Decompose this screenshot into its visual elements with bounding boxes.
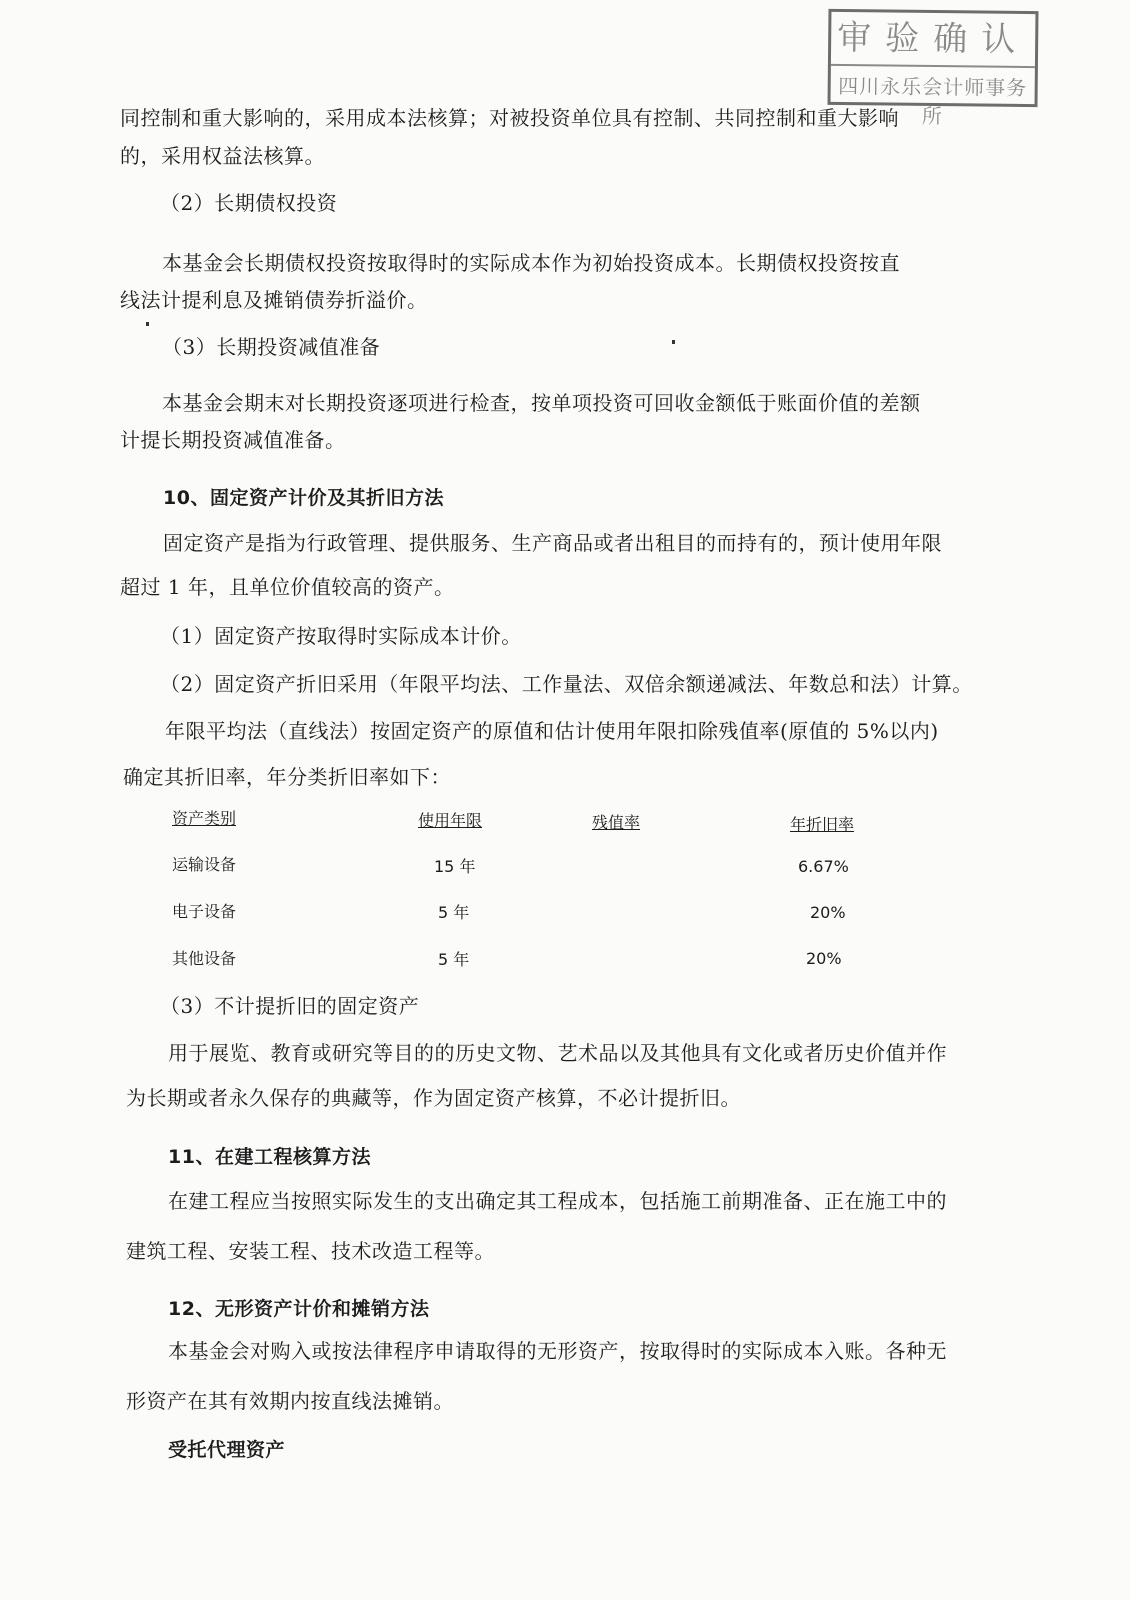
paragraph-line: （2）固定资产折旧采用（年限平均法、工作量法、双倍余额递减法、年数总和法）计算。 bbox=[160, 668, 973, 697]
table-cell-years: 5 年 bbox=[438, 947, 469, 970]
audit-stamp: 审验确认 四川永乐会计师事务所 bbox=[828, 9, 1039, 107]
table-cell-rate: 20% bbox=[806, 949, 842, 968]
paragraph-line: 线法计提利息及摊销债券折溢价。 bbox=[120, 284, 428, 313]
paragraph-line: 形资产在其有效期内按直线法摊销。 bbox=[126, 1385, 454, 1414]
paragraph-line: 用于展览、教育或研究等目的的历史文物、艺术品以及其他具有文化或者历史价值并作 bbox=[168, 1037, 947, 1066]
paragraph-line: 本基金会期末对长期投资逐项进行检查，按单项投资可回收金额低于账面价值的差额 bbox=[162, 387, 921, 416]
paragraph-line: 同控制和重大影响的，采用成本法核算；对被投资单位具有控制、共同控制和重大影响 bbox=[120, 102, 899, 131]
paragraph-line: 在建工程应当按照实际发生的支出确定其工程成本，包括施工前期准备、正在施工中的 bbox=[168, 1185, 947, 1214]
paragraph-line: 计提长期投资减值准备。 bbox=[120, 424, 346, 453]
scan-speck bbox=[146, 322, 149, 326]
table-cell-rate: 20% bbox=[810, 903, 846, 922]
paragraph-line: 的，采用权益法核算。 bbox=[120, 140, 325, 169]
paragraph-line: 固定资产是指为行政管理、提供服务、生产商品或者出租目的而持有的，预计使用年限 bbox=[163, 527, 942, 556]
paragraph-line: 超过 1 年，且单位价值较高的资产。 bbox=[120, 571, 454, 600]
scan-speck bbox=[672, 340, 675, 344]
table-cell-category: 电子设备 bbox=[172, 899, 236, 922]
table-header-residual: 残值率 bbox=[592, 810, 640, 833]
table-header-rate: 年折旧率 bbox=[790, 812, 854, 835]
paragraph-line: （1）固定资产按取得时实际成本计价。 bbox=[160, 620, 522, 649]
table-cell-category: 运输设备 bbox=[172, 852, 236, 875]
section-heading-11: 11、在建工程核算方法 bbox=[168, 1142, 371, 1169]
subheading-long-term-debt-investment: （2）长期债权投资 bbox=[160, 187, 337, 216]
paragraph-line: 为长期或者永久保存的典藏等，作为固定资产核算，不必计提折旧。 bbox=[126, 1082, 741, 1111]
paragraph-line: 建筑工程、安装工程、技术改造工程等。 bbox=[126, 1235, 495, 1264]
table-header-category: 资产类别 bbox=[172, 806, 236, 829]
table-header-years: 使用年限 bbox=[418, 808, 482, 831]
table-cell-years: 5 年 bbox=[438, 900, 469, 923]
paragraph-line: 确定其折旧率，年分类折旧率如下： bbox=[123, 761, 451, 790]
paragraph-line: 年限平均法（直线法）按固定资产的原值和估计使用年限扣除残值率(原值的 5%以内) bbox=[165, 715, 939, 744]
section-heading-10: 10、固定资产计价及其折旧方法 bbox=[163, 483, 444, 510]
paragraph-line: 本基金会对购入或按法律程序申请取得的无形资产，按取得时的实际成本入账。各种无 bbox=[168, 1335, 947, 1364]
stamp-title: 审验确认 bbox=[831, 18, 1035, 60]
paragraph-line: 本基金会长期债权投资按取得时的实际成本作为初始投资成本。长期债权投资按直 bbox=[162, 247, 900, 276]
document-page: 审验确认 四川永乐会计师事务所 同控制和重大影响的，采用成本法核算；对被投资单位… bbox=[0, 0, 1130, 1600]
subheading-non-depreciable-assets: （3）不计提折旧的固定资产 bbox=[160, 990, 419, 1019]
subheading-impairment-provision: （3）长期投资减值准备 bbox=[162, 331, 380, 360]
section-heading-12: 12、无形资产计价和摊销方法 bbox=[168, 1294, 429, 1321]
section-heading-entrusted-assets: 受托代理资产 bbox=[168, 1435, 285, 1462]
table-cell-category: 其他设备 bbox=[172, 946, 236, 969]
table-cell-years: 15 年 bbox=[434, 854, 475, 877]
table-cell-rate: 6.67% bbox=[798, 857, 849, 876]
